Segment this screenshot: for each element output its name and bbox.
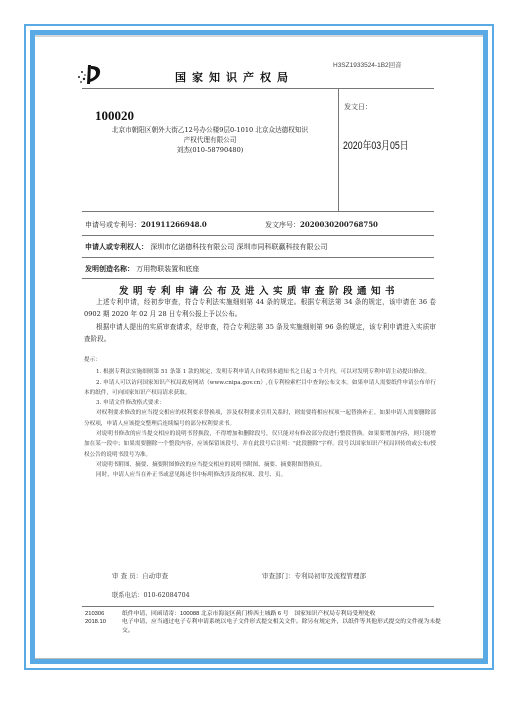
invention-title-value: 万用物联装置和底座 xyxy=(136,265,199,273)
phone-value: 010-62084704 xyxy=(143,592,189,599)
footer-instructions: 纸件申请，回函请寄：100088 北京市海淀区蓟门桥西土城路 6 号 国家知识产… xyxy=(122,610,444,635)
hints-heading: 提示： xyxy=(84,355,436,365)
recipient-contact: 刘杰(010-58790480) xyxy=(85,145,335,155)
rule-2 xyxy=(82,235,434,236)
notice-paragraph-2: 根据申请人提出的实质审查请求，经审查，符合专利法第 35 条及实施细则第 96 … xyxy=(84,322,436,345)
applicant-value: 深圳市亿诺德科技有限公司 深圳市同科联赢科技有限公司 xyxy=(150,243,327,251)
postcode: 100020 xyxy=(95,108,134,124)
hint-item: 2. 申请人可以访问国家知识产权局政府网站（www.cnipa.gov.cn）,… xyxy=(84,378,436,399)
dispatch-date: 2020年03月05日 xyxy=(343,137,409,153)
applicant-field: 申请人或专利权人： 深圳市亿诺德科技有限公司 深圳市同科联赢科技有限公司 xyxy=(85,242,327,252)
document-code: H3SZ1933524-1B2回音 xyxy=(333,60,402,69)
rule-1 xyxy=(82,211,434,212)
applicant-label: 申请人或专利权人： xyxy=(85,242,148,251)
hint-item: 3. 申请文件修改格式要求： xyxy=(84,398,436,408)
notice-paragraph-1: 上述专利申请，经初步审查，符合专利法实施细则第 44 条的规定。根据专利法第 3… xyxy=(84,297,436,320)
contact-phone: 联系电话：010-62084704 xyxy=(112,590,190,599)
hint-item: 对权利要求修改的应当提交相应的权利要求替换项，涉及权利要求引用关系时，则需要将相… xyxy=(84,408,436,429)
address-line-2: 产权代理有限公司 xyxy=(85,135,335,145)
rule-3 xyxy=(82,257,434,258)
footer-line-1: 纸件申请，回函请寄：100088 北京市海淀区蓟门桥西土城路 6 号 国家知识产… xyxy=(122,610,444,618)
hints-section: 提示： 1. 根据专利法实施细则第 51 条第 1 款的规定，发明专利申请人自收… xyxy=(84,355,436,481)
review-department: 审查部门：专利局初审及流程管理部 xyxy=(262,571,366,580)
hint-item: 1. 根据专利法实施细则第 51 条第 1 款的规定，发明专利申请人自收到本通知… xyxy=(84,367,436,377)
agency-name: 国家知识产权局 xyxy=(175,69,294,85)
application-number-label: 申请号或专利号： xyxy=(85,221,141,229)
footer-rule xyxy=(82,606,434,607)
serial-number-field: 发文序号：2020030200768750 xyxy=(265,220,378,230)
reviewer-label: 审 查 员： xyxy=(112,572,142,580)
application-number-field: 申请号或专利号：201911266948.0 xyxy=(85,220,207,230)
serial-number-value: 2020030200768750 xyxy=(300,220,378,229)
reviewer: 审 查 员：自动审查 xyxy=(112,571,168,580)
hint-item: 同时，申请人应当在补正书或意见陈述书中标明修改涉及的权项、段号、页。 xyxy=(84,470,436,480)
notice-title: 发明专利申请公布及进入实质审查阶段通知书 xyxy=(0,283,518,297)
footer-line-2: 电子申请，应当通过电子专利申请系统以电子文件形式提交相关文件。除另有规定外，以纸… xyxy=(122,618,444,635)
address-line-1: 北京市朝阳区朝外大街乙12号办公楼9层0-1010 北京众达德权知识 xyxy=(85,125,335,135)
recipient-address: 北京市朝阳区朝外大街乙12号办公楼9层0-1010 北京众达德权知识 产权代理有… xyxy=(85,125,335,155)
invention-title-field: 发明创造名称： 万用物联装置和底座 xyxy=(85,264,199,274)
header-rule xyxy=(82,88,434,89)
rule-4 xyxy=(82,278,434,279)
serial-number-label: 发文序号： xyxy=(265,221,300,229)
hint-item: 对说明书修改的应当提交相应的说明书替换段，不得增加和删除段号，仅只能对有修改部分… xyxy=(84,429,436,460)
phone-label: 联系电话： xyxy=(112,592,143,599)
department-value: 专利局初审及流程管理部 xyxy=(295,572,367,580)
cnipa-logo-icon xyxy=(76,63,106,85)
reviewer-value: 自动审查 xyxy=(142,572,168,580)
department-label: 审查部门： xyxy=(262,572,295,580)
form-version: 2018.10 xyxy=(85,618,106,626)
hint-item: 对说明书附图、摘要、摘要附图修改的应当提交相应的说明书附图、摘要、摘要附图替换页… xyxy=(84,460,436,470)
invention-title-label: 发明创造名称： xyxy=(85,264,134,273)
column-divider xyxy=(338,88,339,211)
dispatch-date-label: 发文日： xyxy=(344,102,372,112)
application-number-value: 201911266948.0 xyxy=(141,220,207,229)
